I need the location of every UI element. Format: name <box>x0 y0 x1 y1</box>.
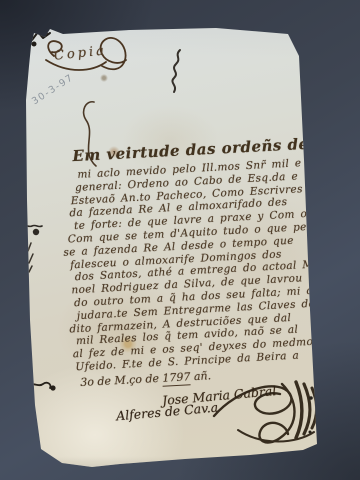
letter-body: Em veirtude das ordeñs de q̃ mi aclo mev… <box>56 134 336 389</box>
photograph-of-manuscript: Copia 30-3-97 Em veirtude das ordeñs de … <box>0 0 360 480</box>
date-prefix: 3o de M.ço de <box>80 372 163 389</box>
ink-squiggle-icon <box>166 46 190 98</box>
margin-ink-mark-icon <box>16 214 44 242</box>
date-suffix: añ. <box>190 369 211 383</box>
margin-ink-dashes-icon <box>24 240 38 274</box>
date-year: 1797 <box>162 370 191 386</box>
edge-specks-icon <box>306 392 318 442</box>
manuscript-paper: Copia 30-3-97 Em veirtude das ordeñs de … <box>0 0 360 480</box>
signature-title: Alferes de Cav.a <box>116 400 219 424</box>
margin-squiggle-icon <box>24 376 60 394</box>
